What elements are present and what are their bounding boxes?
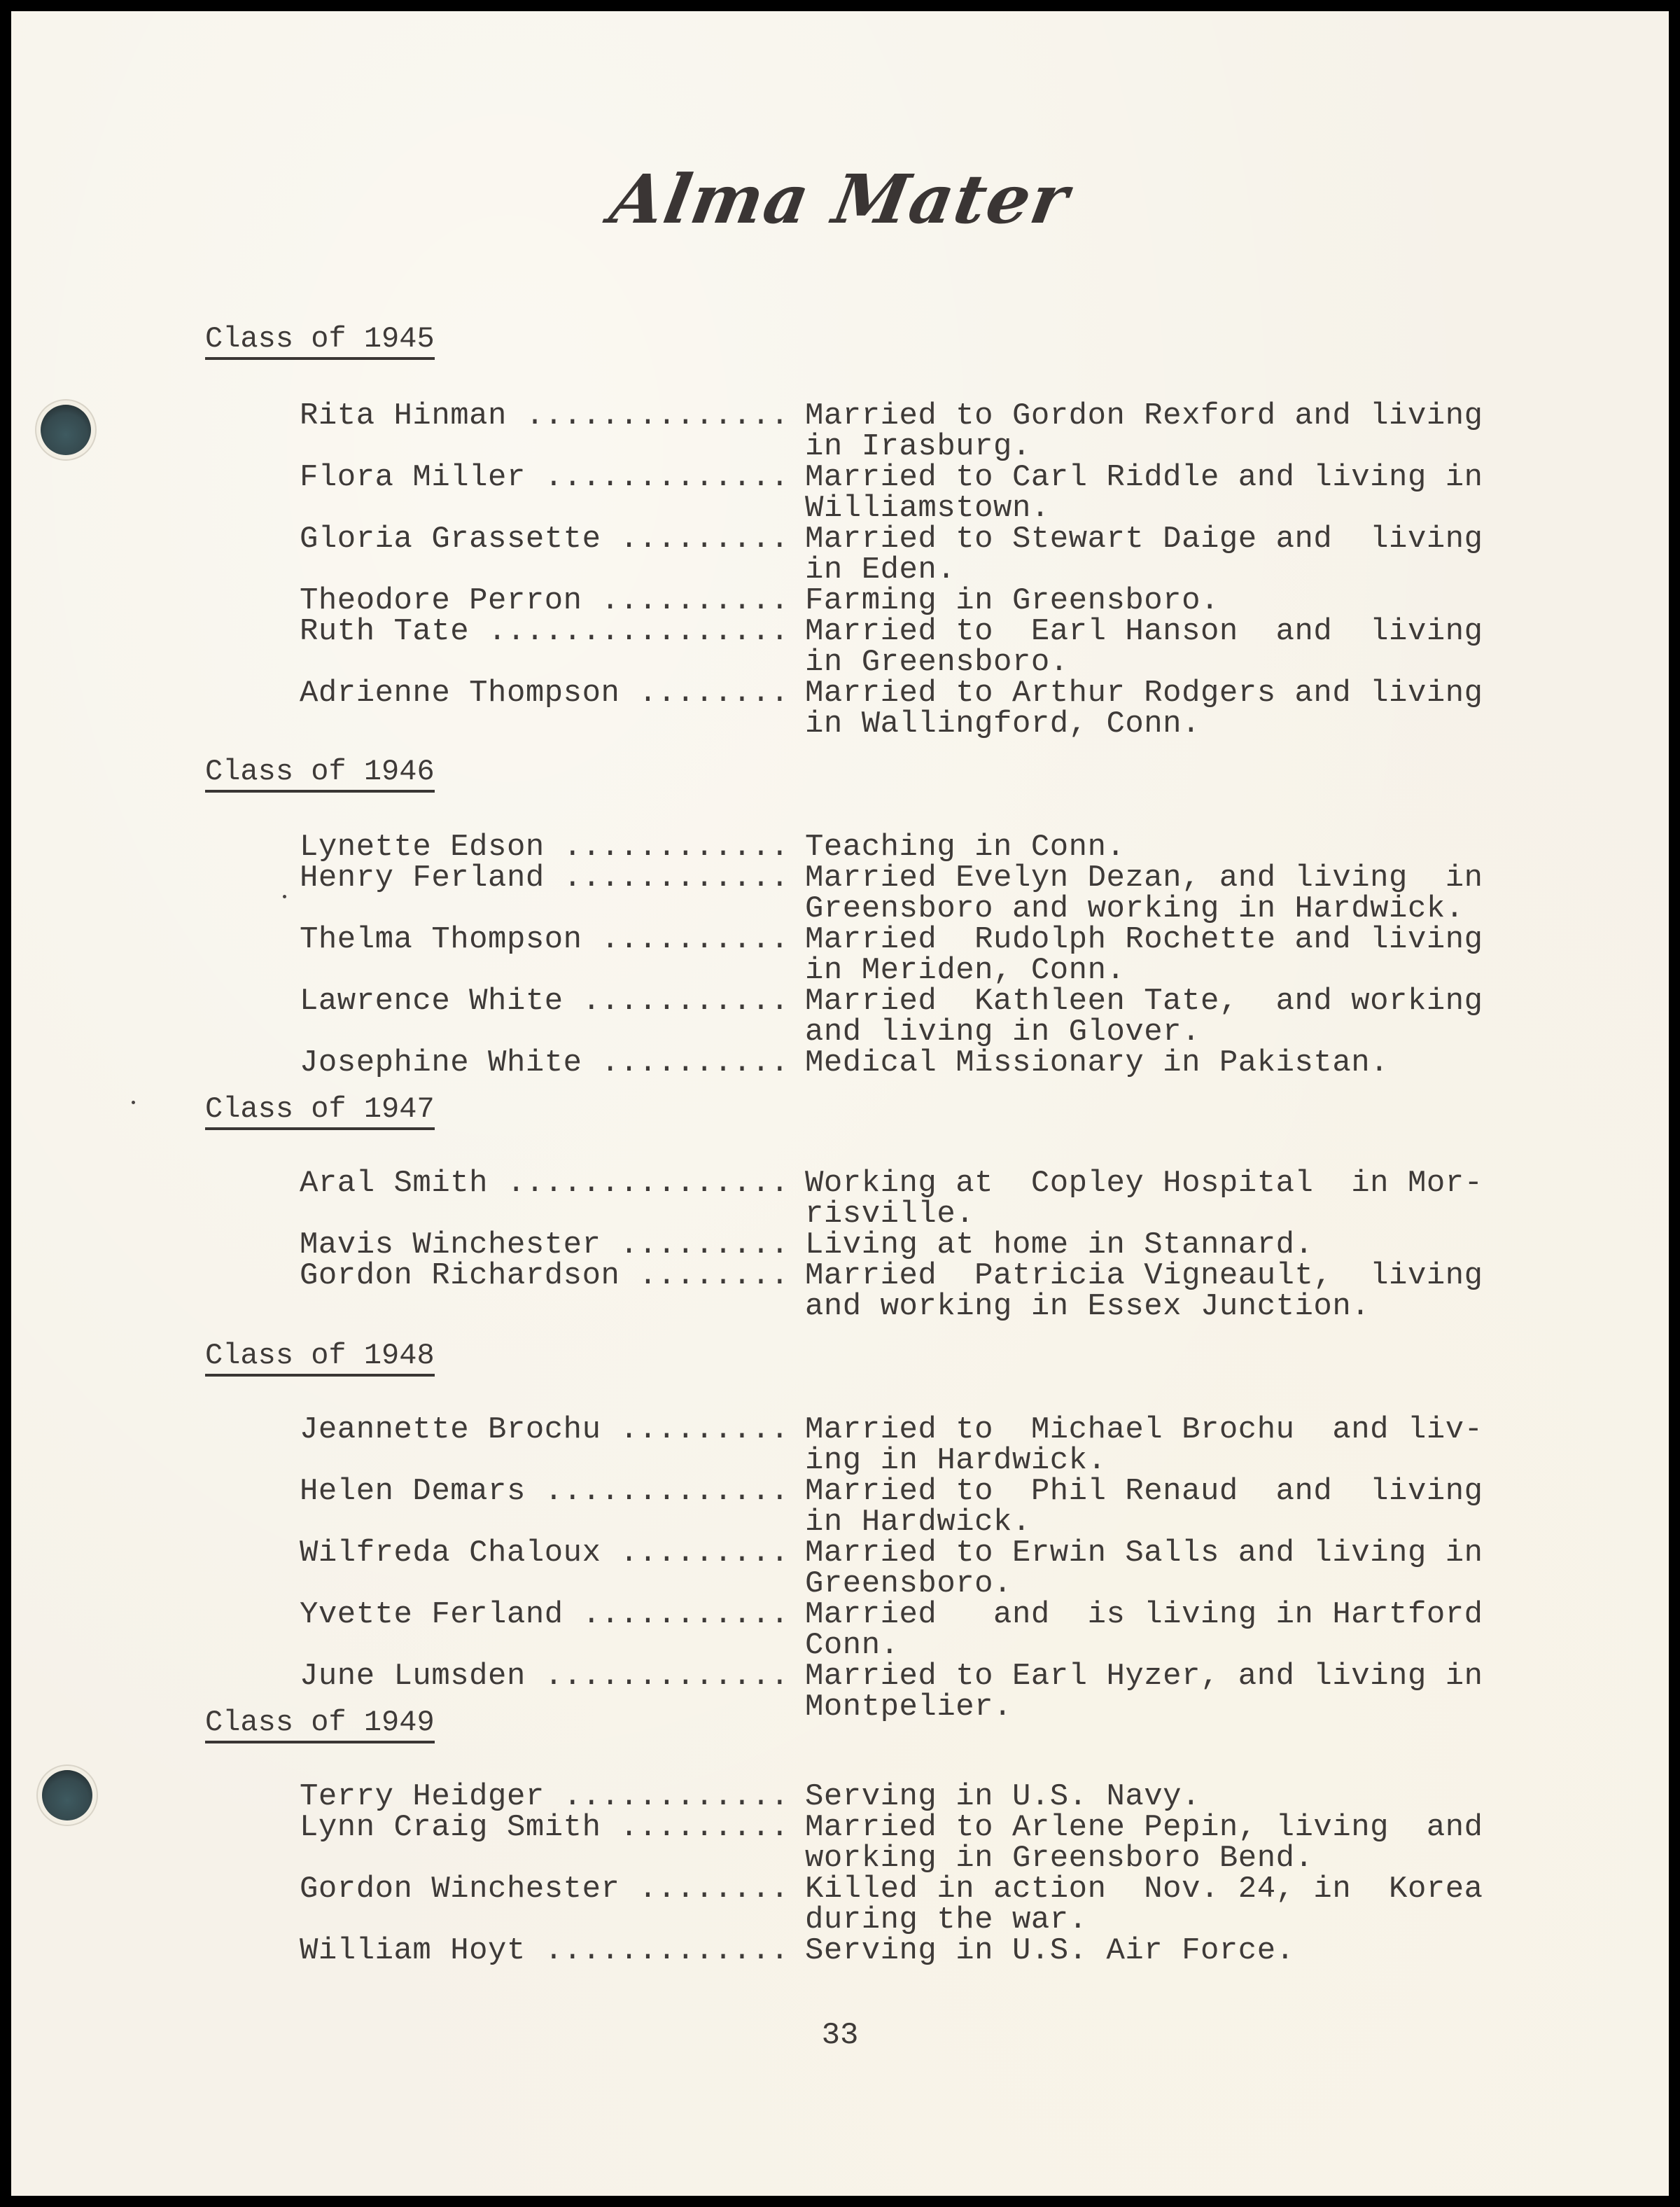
alumni-status: Married Patricia Vigneault, livingand wo…: [805, 1260, 1491, 1322]
alumni-name-text: Thelma Thompson: [300, 922, 582, 957]
alumni-status-line: Married and is living in Hartford: [805, 1599, 1491, 1630]
alumni-name-text: Wilfreda Chaloux: [300, 1536, 601, 1571]
alumni-status-line: Greensboro and working in Hardwick.: [805, 893, 1491, 924]
alumni-status-line: Married to Erwin Salls and living in: [805, 1538, 1491, 1568]
alumni-status-line: Married Kathleen Tate, and working: [805, 986, 1491, 1017]
alumni-name: Ruth Tate ................: [300, 616, 790, 647]
dot-leader: .............: [545, 460, 790, 495]
alumni-name-text: Gordon Richardson: [300, 1258, 619, 1293]
dot-leader: ...........: [582, 1597, 790, 1632]
alumni-status-line: Serving in U.S. Air Force.: [805, 1935, 1491, 1966]
alumni-status-line: Medical Missionary in Pakistan.: [805, 1047, 1491, 1078]
dot-leader: ............: [563, 861, 790, 896]
dot-leader: ................: [488, 614, 789, 649]
alumni-name: Lynette Edson ............: [300, 832, 790, 863]
alumni-list: Class of 1945Rita Hinman ..............M…: [11, 11, 1669, 2196]
alumni-name-text: Aral Smith: [300, 1166, 488, 1201]
alumni-status-line: in Wallingford, Conn.: [805, 709, 1491, 739]
dot-leader: ..........: [601, 922, 789, 957]
alumni-status-line: Married to Carl Riddle and living in: [805, 462, 1491, 493]
alumni-name: William Hoyt .............: [300, 1935, 790, 1966]
alumni-status-line: Killed in action Nov. 24, in Korea: [805, 1874, 1491, 1905]
alumni-status: Married to Stewart Daige and livingin Ed…: [805, 524, 1491, 585]
alumni-name: Theodore Perron ..........: [300, 585, 790, 616]
dot-leader: ..............: [526, 398, 790, 433]
alumni-status-line: and working in Essex Junction.: [805, 1291, 1491, 1322]
alumni-name: Mavis Winchester .........: [300, 1230, 790, 1260]
alumni-status-line: Married Rudolph Rochette and living: [805, 924, 1491, 955]
alumni-status: Married Rudolph Rochette and livingin Me…: [805, 924, 1491, 986]
alumni-status-line: Married Patricia Vigneault, living: [805, 1260, 1491, 1291]
alumni-status: Married to Michael Brochu and liv-ing in…: [805, 1414, 1491, 1476]
alumni-name: Lawrence White ...........: [300, 986, 790, 1017]
alumni-status: Farming in Greensboro.: [805, 585, 1491, 616]
alumni-status: Married to Earl Hanson and livingin Gree…: [805, 616, 1491, 678]
alumni-name: Josephine White ..........: [300, 1047, 790, 1078]
alumni-name-text: Adrienne Thompson: [300, 676, 619, 711]
alumni-status-line: Conn.: [805, 1630, 1491, 1661]
alumni-name-text: Gloria Grassette: [300, 522, 601, 557]
alumni-name-text: Lawrence White: [300, 984, 563, 1019]
alumni-status-line: Serving in U.S. Navy.: [805, 1781, 1491, 1812]
alumni-name-text: Helen Demars: [300, 1474, 526, 1509]
alumni-status: Medical Missionary in Pakistan.: [805, 1047, 1491, 1078]
alumni-status-line: Married Evelyn Dezan, and living in: [805, 863, 1491, 893]
alumni-name-text: Terry Heidger: [300, 1779, 545, 1814]
alumni-status-line: Working at Copley Hospital in Mor-: [805, 1168, 1491, 1199]
alumni-name-text: Gordon Winchester: [300, 1872, 619, 1907]
alumni-status-line: Married to Gordon Rexford and living: [805, 401, 1491, 431]
alumni-name: Lynn Craig Smith .........: [300, 1812, 790, 1843]
alumni-status-line: during the war.: [805, 1905, 1491, 1935]
dot-leader: .........: [619, 522, 789, 557]
dot-leader: .............: [545, 1474, 790, 1509]
page-number: 33: [11, 2018, 1669, 2053]
dot-leader: .............: [545, 1933, 790, 1968]
alumni-name-text: Lynn Craig Smith: [300, 1810, 601, 1845]
alumni-name: Jeannette Brochu .........: [300, 1414, 790, 1445]
alumni-status: Married Kathleen Tate, and workingand li…: [805, 986, 1491, 1047]
alumni-status-line: Greensboro.: [805, 1568, 1491, 1599]
dot-leader: .........: [619, 1227, 789, 1262]
alumni-status-line: in Meriden, Conn.: [805, 955, 1491, 986]
alumni-name: Thelma Thompson ..........: [300, 924, 790, 955]
alumni-name-text: Yvette Ferland: [300, 1597, 563, 1632]
dot-leader: ........: [638, 1872, 789, 1907]
alumni-name-text: William Hoyt: [300, 1933, 526, 1968]
alumni-status-line: and living in Glover.: [805, 1017, 1491, 1047]
alumni-status-line: in Hardwick.: [805, 1507, 1491, 1538]
alumni-status-line: Married to Phil Renaud and living: [805, 1476, 1491, 1507]
dot-leader: ........: [638, 1258, 789, 1293]
alumni-name: Rita Hinman ..............: [300, 401, 790, 431]
alumni-name-text: Henry Ferland: [300, 861, 545, 896]
alumni-status-line: Farming in Greensboro.: [805, 585, 1491, 616]
alumni-status: Serving in U.S. Navy.: [805, 1781, 1491, 1812]
alumni-name: Flora Miller .............: [300, 462, 790, 493]
alumni-name-text: Flora Miller: [300, 460, 526, 495]
alumni-name: June Lumsden .............: [300, 1661, 790, 1692]
alumni-status-line: Living at home in Stannard.: [805, 1230, 1491, 1260]
alumni-name-text: Mavis Winchester: [300, 1227, 601, 1262]
alumni-name: Aral Smith ...............: [300, 1168, 790, 1199]
dot-leader: .........: [619, 1412, 789, 1447]
dot-leader: ............: [563, 830, 790, 865]
dot-leader: ...............: [507, 1166, 790, 1201]
alumni-status: Married and is living in HartfordConn.: [805, 1599, 1491, 1661]
dot-leader: .............: [545, 1659, 790, 1694]
class-heading: Class of 1947: [205, 1092, 435, 1130]
alumni-name: Adrienne Thompson ........: [300, 678, 790, 709]
alumni-name: Henry Ferland ............: [300, 863, 790, 893]
alumni-name-text: Josephine White: [300, 1045, 582, 1080]
dot-leader: ........: [638, 676, 789, 711]
alumni-name: Yvette Ferland ...........: [300, 1599, 790, 1630]
dot-leader: .........: [619, 1536, 789, 1571]
alumni-name: Gordon Richardson ........: [300, 1260, 790, 1291]
alumni-status-line: Married to Earl Hanson and living: [805, 616, 1491, 647]
dot-leader: ..........: [601, 583, 789, 618]
alumni-status: Working at Copley Hospital in Mor-risvil…: [805, 1168, 1491, 1230]
alumni-name-text: June Lumsden: [300, 1659, 526, 1694]
alumni-name: Helen Demars .............: [300, 1476, 790, 1507]
alumni-status-line: Married to Stewart Daige and living: [805, 524, 1491, 555]
class-heading: Class of 1949: [205, 1706, 435, 1743]
dot-leader: ...........: [582, 984, 790, 1019]
alumni-status-line: Married to Earl Hyzer, and living in: [805, 1661, 1491, 1692]
class-heading: Class of 1945: [205, 322, 435, 360]
alumni-status-line: Williamstown.: [805, 493, 1491, 524]
alumni-status: Killed in action Nov. 24, in Koreaduring…: [805, 1874, 1491, 1935]
alumni-name-text: Theodore Perron: [300, 583, 582, 618]
alumni-status: Married to Carl Riddle and living inWill…: [805, 462, 1491, 524]
alumni-name-text: Ruth Tate: [300, 614, 469, 649]
class-heading: Class of 1948: [205, 1339, 435, 1377]
alumni-status-line: Married to Michael Brochu and liv-: [805, 1414, 1491, 1445]
alumni-status-line: working in Greensboro Bend.: [805, 1843, 1491, 1874]
alumni-status: Married to Phil Renaud and livingin Hard…: [805, 1476, 1491, 1538]
alumni-status-line: in Eden.: [805, 555, 1491, 585]
alumni-status: Married to Arlene Pepin, living andworki…: [805, 1812, 1491, 1874]
alumni-name-text: Jeannette Brochu: [300, 1412, 601, 1447]
alumni-status-line: Married to Arlene Pepin, living and: [805, 1812, 1491, 1843]
alumni-status-line: Montpelier.: [805, 1692, 1491, 1722]
alumni-status: Living at home in Stannard.: [805, 1230, 1491, 1260]
alumni-status-line: risville.: [805, 1199, 1491, 1230]
alumni-name: Terry Heidger ............: [300, 1781, 790, 1812]
alumni-status-line: in Irasburg.: [805, 431, 1491, 462]
alumni-status: Teaching in Conn.: [805, 832, 1491, 863]
alumni-name: Gordon Winchester ........: [300, 1874, 790, 1905]
alumni-status-line: Married to Arthur Rodgers and living: [805, 678, 1491, 709]
alumni-status: Married to Earl Hyzer, and living inMont…: [805, 1661, 1491, 1722]
alumni-status: Serving in U.S. Air Force.: [805, 1935, 1491, 1966]
alumni-status-line: Teaching in Conn.: [805, 832, 1491, 863]
dot-leader: ..........: [601, 1045, 789, 1080]
dot-leader: ............: [563, 1779, 790, 1814]
dot-leader: .........: [619, 1810, 789, 1845]
alumni-status: Married to Gordon Rexford and livingin I…: [805, 401, 1491, 462]
alumni-status-line: in Greensboro.: [805, 647, 1491, 678]
document-page: Alma Mater Class of 1945Rita Hinman ....…: [11, 11, 1669, 2196]
alumni-name-text: Lynette Edson: [300, 830, 545, 865]
alumni-status-line: ing in Hardwick.: [805, 1445, 1491, 1476]
alumni-status: Married to Arthur Rodgers and livingin W…: [805, 678, 1491, 739]
class-heading: Class of 1946: [205, 755, 435, 793]
alumni-status: Married Evelyn Dezan, and living inGreen…: [805, 863, 1491, 924]
alumni-name: Gloria Grassette .........: [300, 524, 790, 555]
alumni-name-text: Rita Hinman: [300, 398, 507, 433]
alumni-status: Married to Erwin Salls and living inGree…: [805, 1538, 1491, 1599]
alumni-name: Wilfreda Chaloux .........: [300, 1538, 790, 1568]
